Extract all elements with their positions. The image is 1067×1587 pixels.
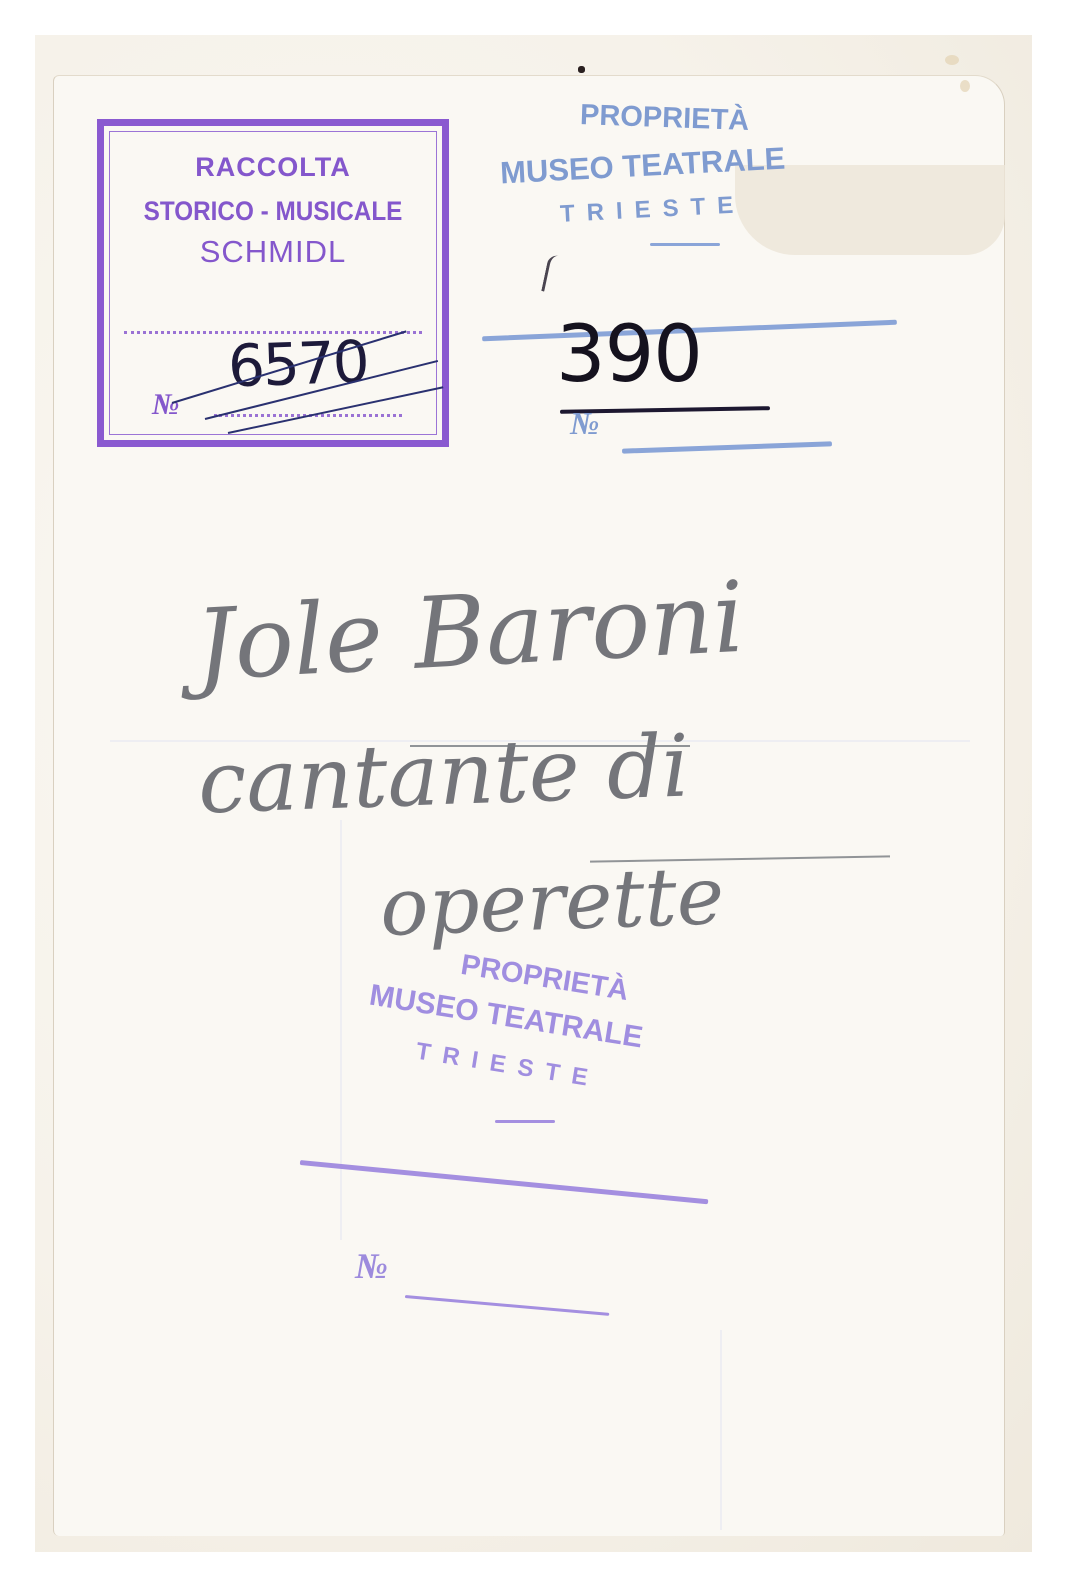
numero-sign: № bbox=[152, 388, 179, 422]
foxing-stain bbox=[945, 55, 959, 65]
torn-corner bbox=[735, 165, 1005, 255]
pencil-stroke bbox=[410, 745, 690, 747]
faint-rule bbox=[720, 1330, 722, 1530]
stamp-rule bbox=[650, 243, 720, 246]
foxing-stain bbox=[960, 80, 970, 92]
stamp-line-3: SCHMIDL bbox=[104, 234, 442, 270]
handwritten-genre: operette bbox=[378, 849, 725, 954]
numero-sign: № bbox=[355, 1245, 388, 1287]
handwritten-role: cantante di bbox=[196, 716, 691, 833]
faint-rule bbox=[340, 820, 342, 1240]
stamp-line-1: PROPRIETÀ bbox=[579, 99, 749, 138]
numero-sign: № bbox=[570, 405, 599, 442]
stamp-line-1: RACCOLTA bbox=[104, 152, 442, 183]
pin-hole bbox=[578, 66, 585, 73]
stamp-rule bbox=[495, 1120, 555, 1123]
inventory-number: 390 bbox=[556, 310, 702, 400]
stamp-line-2: STORICO - MUSICALE bbox=[121, 196, 425, 227]
